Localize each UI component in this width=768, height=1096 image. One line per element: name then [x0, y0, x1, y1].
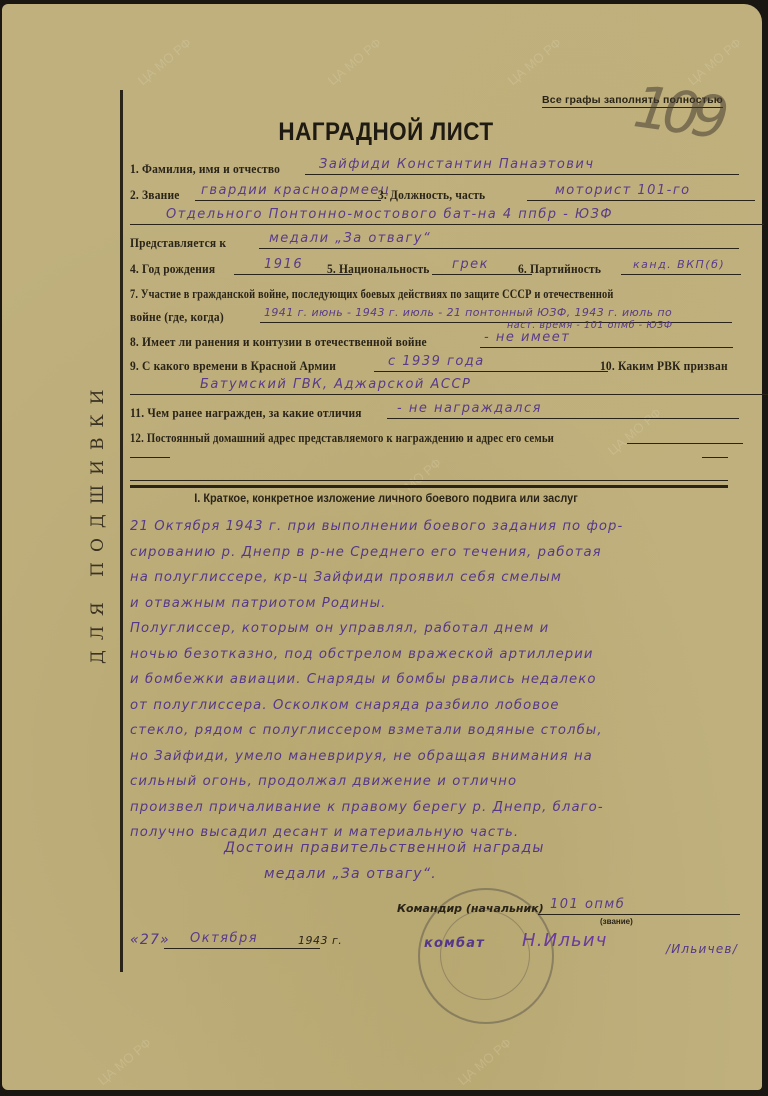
- narrative-line: на полуглиссере, кр-ц Зайфиди проявил се…: [130, 565, 750, 591]
- field-label: 11. Чем ранее награжден, за какие отличи…: [130, 406, 362, 421]
- nationality-field: грек: [432, 258, 532, 275]
- date-month-field: Октября: [164, 932, 320, 949]
- position-field: моторист 101-го: [527, 184, 755, 201]
- conclusion-line-2: медали „За отвагу“.: [264, 866, 437, 882]
- field-label: 4. Год рождения: [130, 262, 215, 277]
- narrative-line: от полуглиссера. Осколком снаряда разбил…: [130, 693, 750, 719]
- narrative-line: сильный огонь, продолжал движение и отли…: [130, 769, 750, 795]
- position-field-continued: Отдельного Понтонно-мостового бат-на 4 п…: [130, 208, 764, 225]
- field-label: 10. Каким РВК призван: [600, 359, 728, 374]
- rank-caption: (звание): [600, 917, 633, 926]
- field-label: 6. Партийность: [518, 262, 601, 277]
- narrative-line: стекло, рядом с полуглиссером взметали в…: [130, 718, 750, 744]
- narrative-line: произвел причаливание к правому берегу р…: [130, 795, 750, 821]
- field-label: 7. Участие в гражданской войне, последую…: [130, 287, 614, 302]
- prior-awards-field: - не награждался: [387, 402, 739, 419]
- field-label: 12. Постоянный домашний адрес представля…: [130, 431, 554, 446]
- field-label: 8. Имеет ли ранения и контузии в отечест…: [130, 335, 427, 350]
- binding-margin-line: [120, 90, 123, 972]
- field-row-rvk: 10. Каким РВК призван: [600, 359, 734, 374]
- conclusion-line-1: Достоин правительственной награды: [224, 840, 545, 856]
- rank-field: гвардии красноармеец: [195, 184, 381, 201]
- page-title: НАГРАДНОЙ ЛИСТ: [40, 118, 731, 147]
- watermark: ЦА МО РФ: [325, 35, 384, 88]
- watermark: ЦА МО РФ: [455, 1035, 514, 1088]
- commander-label: Командир (начальник): [397, 902, 544, 915]
- signer-name: /Ильичев/: [666, 942, 738, 956]
- wounds-field: - не имеет: [480, 331, 733, 348]
- field-row-participation: 7. Участие в гражданской войне, последую…: [130, 287, 734, 302]
- narrative-line: 21 Октября 1943 г. при выполнении боевог…: [130, 514, 750, 540]
- section-divider: [130, 485, 728, 488]
- award-sheet: ЦА МО РФ ЦА МО РФ ЦА МО РФ ЦА МО РФ ЦА М…: [2, 4, 762, 1090]
- narrative-line: и бомбежки авиации. Снаряды и бомбы рвал…: [130, 667, 750, 693]
- field-label: 9. С какого времени в Красной Армии: [130, 359, 336, 374]
- army-since-field: с 1939 года: [374, 355, 608, 372]
- address-field: [627, 427, 743, 444]
- commander-unit-field: 101 опмб: [538, 898, 740, 915]
- divider: [130, 480, 728, 481]
- field-label: 2. Звание: [130, 188, 180, 203]
- section-heading: I. Краткое, конкретное изложение личного…: [21, 493, 751, 505]
- field-label: 3. Должность, часть: [378, 188, 485, 203]
- divider: [130, 457, 170, 458]
- narrative-line: ночью безотказно, под обстрелом вражеско…: [130, 642, 750, 668]
- binding-label: ДЛЯ ПОДШИВКИ: [88, 380, 108, 664]
- signature-scribble: Н.Ильич: [522, 930, 608, 951]
- divider: [702, 457, 728, 458]
- field-label: 1. Фамилия, имя и отчество: [130, 162, 280, 177]
- field-label: войне (где, когда): [130, 310, 224, 325]
- nominated-award-field: медали „За отвагу“: [259, 232, 739, 249]
- narrative-line: Полуглиссер, которым он управлял, работа…: [130, 616, 750, 642]
- commander-rank: комбат: [424, 936, 485, 951]
- field-label: 5. Национальность: [327, 262, 430, 277]
- narrative-line: но Зайфиди, умело маневрируя, не обращая…: [130, 744, 750, 770]
- narrative-text: 21 Октября 1943 г. при выполнении боевог…: [130, 514, 750, 846]
- party-field: канд. ВКП(б): [621, 258, 741, 275]
- rvk-field: Батумский ГВК, Аджарской АССР: [130, 378, 768, 395]
- narrative-line: и отважным патриотом Родины.: [130, 591, 750, 617]
- date-year: 1943 г.: [298, 934, 342, 947]
- watermark: ЦА МО РФ: [95, 1035, 154, 1088]
- field-label: Представляется к: [130, 236, 226, 251]
- narrative-line: сированию р. Днепр в р-не Среднего его т…: [130, 540, 750, 566]
- name-field: Зайфиди Константин Панаэтович: [305, 158, 739, 175]
- watermark: ЦА МО РФ: [135, 35, 194, 88]
- watermark: ЦА МО РФ: [505, 35, 564, 88]
